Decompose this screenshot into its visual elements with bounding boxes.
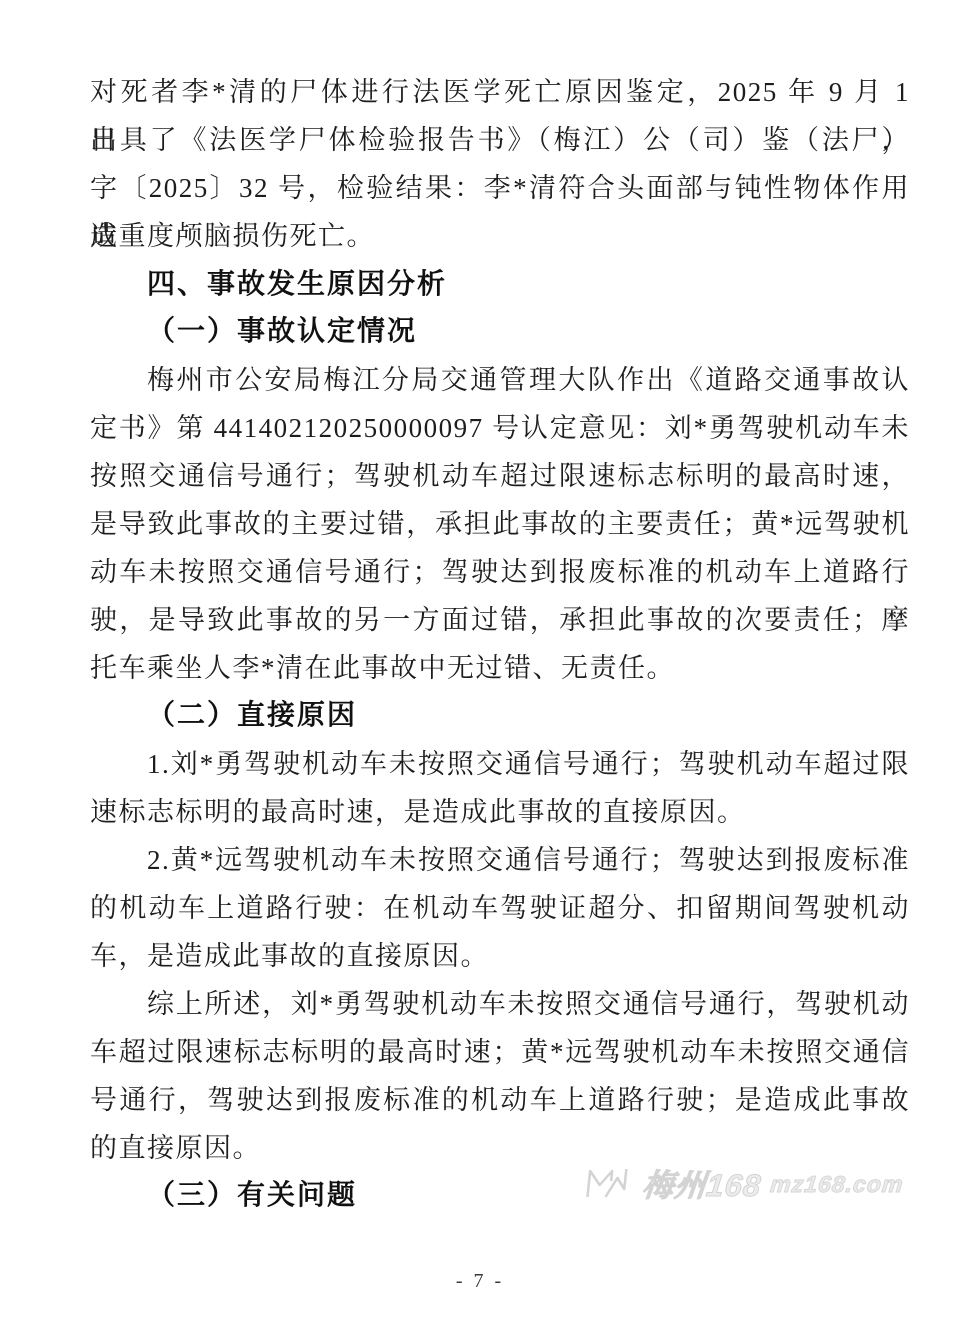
document-line: 2.黄*远驾驶机动车未按照交通信号通行；驾驶达到报废标准: [90, 836, 910, 884]
document-line: 1.刘*勇驾驶机动车未按照交通信号通行；驾驶机动车超过限: [90, 740, 910, 788]
scanned-document-page: 对死者李*清的尸体进行法医学死亡原因鉴定，2025 年 9 月 1 日，出具了《…: [0, 0, 960, 1321]
document-line: 动车未按照交通信号通行；驾驶达到报废标准的机动车上道路行: [90, 548, 910, 596]
document-line: 出具了《法医学尸体检验报告书》（梅江）公（司）鉴（法尸）: [90, 116, 910, 164]
document-line: 速标志标明的最高时速，是造成此事故的直接原因。: [90, 788, 910, 836]
page-number: - 7 -: [0, 1270, 960, 1293]
document-line: 的直接原因。: [90, 1124, 910, 1172]
document-line: 车，是造成此事故的直接原因。: [90, 932, 910, 980]
document-line: 成重度颅脑损伤死亡。: [90, 212, 910, 260]
section-heading: 四、事故发生原因分析: [90, 260, 910, 308]
document-line: 托车乘坐人李*清在此事故中无过错、无责任。: [90, 644, 910, 692]
section-heading: （一）事故认定情况: [90, 308, 910, 356]
document-line: 对死者李*清的尸体进行法医学死亡原因鉴定，2025 年 9 月 1 日，: [90, 68, 910, 116]
section-heading: （三）有关问题: [90, 1172, 910, 1220]
document-line: 驶，是导致此事故的另一方面过错，承担此事故的次要责任；摩: [90, 596, 910, 644]
document-line: 按照交通信号通行；驾驶机动车超过限速标志标明的最高时速，: [90, 452, 910, 500]
document-line: 字〔2025〕32 号，检验结果：李*清符合头面部与钝性物体作用造: [90, 164, 910, 212]
document-line: 定书》第 441402120250000097 号认定意见：刘*勇驾驶机动车未: [90, 404, 910, 452]
document-lines: 对死者李*清的尸体进行法医学死亡原因鉴定，2025 年 9 月 1 日，出具了《…: [90, 68, 910, 1220]
document-line: 车超过限速标志标明的最高时速；黄*远驾驶机动车未按照交通信: [90, 1028, 910, 1076]
document-line: 是导致此事故的主要过错，承担此事故的主要责任；黄*远驾驶机: [90, 500, 910, 548]
document-line: 的机动车上道路行驶：在机动车驾驶证超分、扣留期间驾驶机动: [90, 884, 910, 932]
document-line: 号通行，驾驶达到报废标准的机动车上道路行驶；是造成此事故: [90, 1076, 910, 1124]
document-line: 梅州市公安局梅江分局交通管理大队作出《道路交通事故认: [90, 356, 910, 404]
document-line: 综上所述，刘*勇驾驶机动车未按照交通信号通行，驾驶机动: [90, 980, 910, 1028]
section-heading: （二）直接原因: [90, 692, 910, 740]
